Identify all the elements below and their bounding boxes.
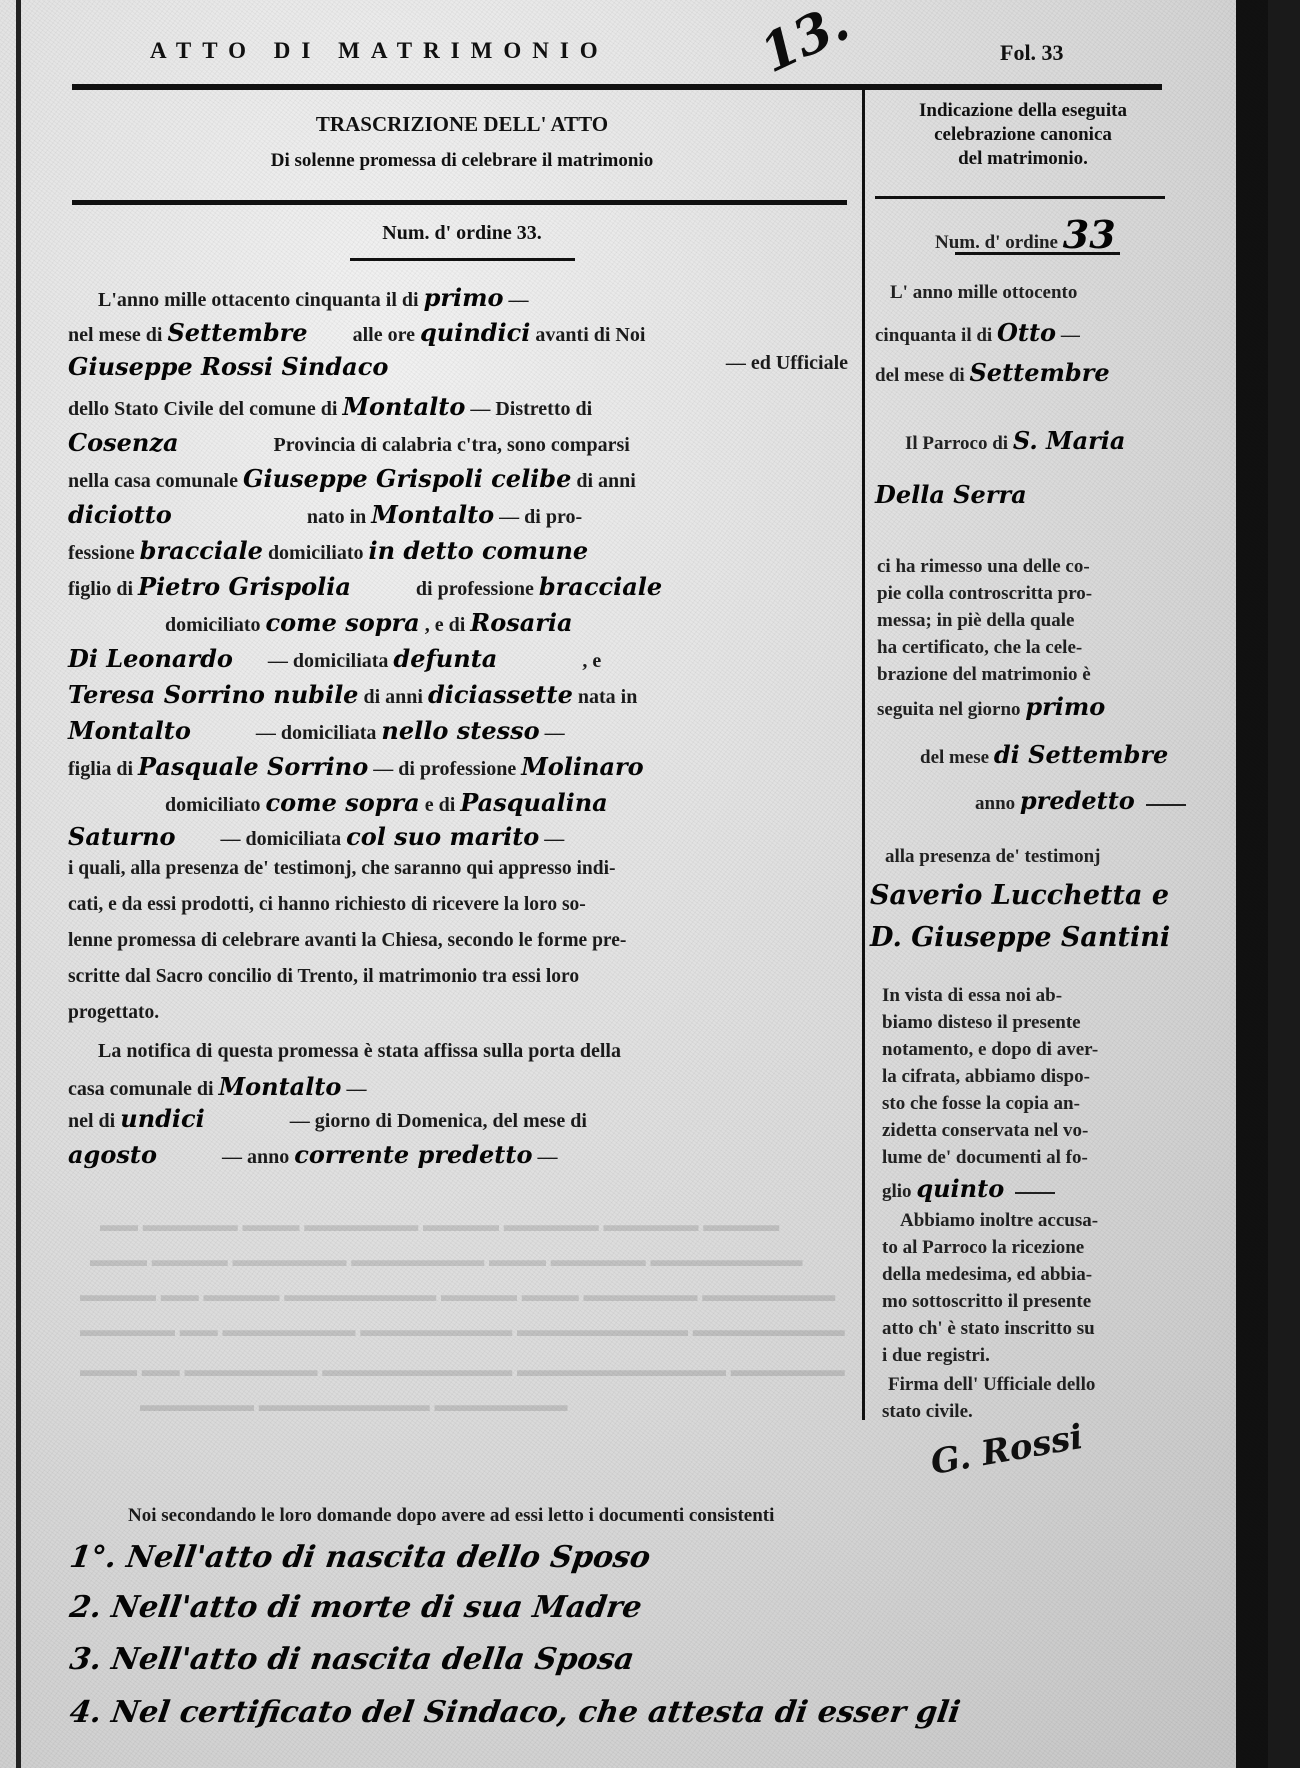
form-line: Teresa Sorrino nubile di anni diciassett… (68, 680, 637, 709)
right-order-number: Num. d' ordine 33 (935, 212, 1116, 257)
right-title-rule (875, 196, 1165, 199)
form-line: diciotto nato in Montalto — di pro- (68, 500, 582, 529)
paragraph-line: scritte dal Sacro concilio di Trento, il… (68, 966, 579, 988)
printed-text: L' anno mille ottocento (890, 282, 1077, 303)
handwritten-mayor-name: Giuseppe Rossi Sindaco (68, 352, 388, 381)
printed-text: — giorno di Domenica, del mese di (290, 1110, 587, 1132)
notice-line: agosto — anno corrente predetto — (68, 1140, 557, 1169)
witness-line: Saverio Lucchetta e (870, 880, 1169, 911)
paragraph-line: lume de' documenti al fo- (882, 1147, 1088, 1169)
handwritten-notice-day: undici (120, 1104, 205, 1133)
handwritten-parish-continued: Della Serra (875, 480, 1027, 509)
printed-text: — di pro- (499, 506, 582, 528)
form-line: domiciliato come sopra e di Pasqualina (165, 788, 608, 817)
handwritten-bride-name: Teresa Sorrino nubile (68, 680, 358, 709)
handwritten-father-residence: come sopra (266, 608, 420, 637)
form-line: dello Stato Civile del comune di Montalt… (68, 392, 592, 421)
paragraph-line: seguita nel giorno primo (877, 692, 1105, 721)
handwritten-rite-month: di Settembre (994, 740, 1168, 769)
notice-line: La notifica di questa promessa è stata a… (98, 1040, 621, 1063)
paragraph-line: notamento, e dopo di aver- (882, 1039, 1098, 1061)
handwritten-groom-profession: bracciale (140, 536, 263, 565)
form-line: L'anno mille ottacento cinquanta il di p… (98, 283, 529, 312)
printed-text: — di professione (373, 758, 516, 780)
form-line: Cosenza Provincia di calabria c'tra, son… (68, 428, 630, 457)
handwritten-bride-residence: nello stesso (381, 716, 539, 745)
handwritten-rite-year: predetto (1020, 786, 1135, 815)
left-order-rule (350, 258, 575, 261)
paragraph-line: mo sottoscritto il presente (882, 1291, 1091, 1313)
paragraph-line: glio quinto (882, 1174, 1061, 1203)
printed-text: avanti di Noi (535, 324, 645, 346)
paragraph-line: la cifrata, abbiamo dispo- (882, 1066, 1090, 1088)
handwritten-notice-comune: Montalto (219, 1072, 342, 1101)
page-shadow-edge (1236, 0, 1268, 1768)
printed-text: figlio di (68, 578, 133, 600)
paragraph-line: messa; in piè della quale (877, 610, 1074, 632)
printed-text: nel mese di (68, 324, 162, 346)
form-line: Giuseppe Rossi Sindaco — ed Ufficiale (68, 352, 848, 381)
right-title-line: Indicazione della eseguita (868, 100, 1178, 122)
handwritten-bride-father-residence: come sopra (266, 788, 420, 817)
handwritten-groom-mother: Rosaria (470, 608, 572, 637)
handwritten-groom-birthplace: Montalto (371, 500, 494, 529)
printed-text: casa comunale di (68, 1078, 214, 1100)
paragraph-line: sto che fosse la copia an- (882, 1093, 1080, 1115)
officer-signature: G. Rossi (928, 1417, 1086, 1483)
printed-text: — domiciliata (221, 828, 342, 850)
left-title-rule (72, 200, 847, 205)
printed-text: cinquanta il di (875, 325, 992, 346)
form-line: Montalto — domiciliata nello stesso — (68, 716, 565, 745)
handwritten-act-number: 13. (751, 0, 857, 85)
handwritten-comune: Montalto (342, 392, 465, 421)
left-order-number: Num. d' ordine 33. (72, 222, 852, 245)
printed-text: , e di (425, 614, 466, 636)
printed-text: del mese (920, 747, 989, 768)
paragraph-line: ci ha rimesso una delle co- (877, 556, 1090, 578)
handwritten-groom-residence: in detto comune (368, 536, 588, 565)
handwritten-bride-father: Pasquale Sorrino (138, 752, 368, 781)
form-line: nella casa comunale Giuseppe Grispoli ce… (68, 464, 636, 493)
form-line: nel mese di Settembre alle ore quindici … (68, 318, 645, 347)
printed-text: di professione (416, 578, 534, 600)
document-item: 4. Nel certificato del Sindaco, che atte… (68, 1695, 963, 1730)
handwritten-order-number: 33 (1063, 212, 1116, 257)
printed-text: domiciliato (165, 794, 261, 816)
right-order-rule (955, 252, 1120, 255)
handwritten-folio: quinto (916, 1174, 1004, 1203)
right-line: Della Serra (875, 480, 1027, 509)
fill-dash (1146, 804, 1186, 806)
handwritten-bride-birthplace: Montalto (68, 716, 191, 745)
witness-line: D. Giuseppe Santini (870, 922, 1170, 953)
paragraph-line: zidetta conservata nel vo- (882, 1120, 1088, 1142)
printed-text: figlia di (68, 758, 133, 780)
right-line: cinquanta il di Otto — (875, 318, 1080, 347)
printed-text: alle ore (353, 324, 415, 346)
handwritten-district: Cosenza (68, 428, 179, 457)
handwritten-bride-mother-residence: col suo marito (346, 822, 539, 851)
printed-text: domiciliato (268, 542, 364, 564)
printed-text: anno (975, 793, 1015, 814)
page-header-title: ATTO DI MATRIMONIO (150, 38, 609, 64)
printed-text: fessione (68, 542, 135, 564)
printed-text: Provincia di calabria c'tra, sono compar… (274, 434, 630, 456)
printed-text: — (545, 722, 565, 744)
printed-text: , e (582, 650, 601, 672)
paragraph-line: brazione del matrimonio è (877, 664, 1091, 686)
paragraph-line: cati, e da essi prodotti, ci hanno richi… (68, 894, 586, 916)
document-item: 3. Nell'atto di nascita della Sposa (68, 1642, 637, 1677)
handwritten-day: primo (424, 283, 504, 312)
fill-dash (1015, 1192, 1055, 1194)
handwritten-celebration-day: Otto (997, 318, 1056, 347)
printed-text: Num. d' ordine (935, 232, 1058, 253)
column-divider (862, 90, 865, 1420)
printed-text: L'anno mille ottacento cinquanta il di (98, 289, 419, 311)
printed-text: — (346, 1078, 366, 1100)
paragraph-line: della medesima, ed abbia- (882, 1264, 1092, 1286)
printed-text: nata in (578, 686, 637, 708)
handwritten-groom-father: Pietro Grispolia (138, 572, 351, 601)
notice-line: nel di undici — giorno di Domenica, del … (68, 1104, 587, 1133)
notice-line: casa comunale di Montalto — (68, 1072, 366, 1101)
page-binding-edge (16, 0, 21, 1768)
signature-label: Firma dell' Ufficiale dello (888, 1374, 1095, 1396)
paragraph-line: atto ch' è stato inscritto su (882, 1318, 1095, 1340)
handwritten-rite-day: primo (1025, 692, 1105, 721)
signature-label: stato civile. (882, 1401, 973, 1423)
handwritten-notice-month: agosto (68, 1140, 157, 1169)
printed-text: del mese di (875, 365, 965, 386)
handwritten-groom-name: Giuseppe Grispoli celibe (243, 464, 571, 493)
handwritten-mother-status: defunta (393, 644, 497, 673)
printed-text: di anni (576, 470, 635, 492)
header-rule (72, 84, 1162, 90)
handwritten-groom-age: diciotto (68, 500, 172, 529)
handwritten-celebration-month: Settembre (969, 358, 1109, 387)
printed-text: dello Stato Civile del comune di (68, 398, 337, 420)
right-line: del mese di Settembre (875, 358, 1110, 387)
form-line: Saturno — domiciliata col suo marito — (68, 822, 564, 851)
handwritten-bride-father-profession: Molinaro (521, 752, 643, 781)
handwritten-bride-mother-surname: Saturno (68, 822, 176, 851)
handwritten-notice-year: corrente predetto (294, 1140, 532, 1169)
printed-text: — (544, 828, 564, 850)
printed-text: Il Parroco di (905, 433, 1008, 454)
printed-text: — (509, 289, 529, 311)
right-line: L' anno mille ottocento (890, 282, 1077, 304)
paragraph-line: pie colla controscritta pro- (877, 583, 1092, 605)
printed-text: domiciliato (165, 614, 261, 636)
witness-label: alla presenza de' testimonj (885, 846, 1101, 868)
printed-text: — domiciliata (256, 722, 377, 744)
printed-text: di anni (363, 686, 422, 708)
printed-text: — ed Ufficiale (726, 352, 848, 375)
handwritten-parish: S. Maria (1013, 426, 1126, 455)
paragraph-line: i quali, alla presenza de' testimonj, ch… (68, 858, 616, 880)
printed-text: — domiciliata (268, 650, 389, 672)
paragraph-line: i due registri. (882, 1345, 990, 1367)
handwritten-mother-surname: Di Leonardo (68, 644, 233, 673)
handwritten-witness-2: D. Giuseppe Santini (870, 922, 1170, 953)
printed-text: e di (425, 794, 456, 816)
printed-text: glio (882, 1181, 912, 1202)
paragraph-line: In vista di essa noi ab- (882, 985, 1062, 1007)
printed-text: — anno (222, 1146, 289, 1168)
printed-text: La notifica di questa promessa è stata a… (98, 1040, 621, 1062)
printed-text: nato in (307, 506, 366, 528)
handwritten-witness-1: Saverio Lucchetta e (870, 880, 1169, 911)
handwritten-bride-age: diciassette (428, 680, 573, 709)
document-item: 1°. Nell'atto di nascita dello Sposo (68, 1540, 653, 1575)
paragraph-line: progettato. (68, 1002, 159, 1024)
printed-text: seguita nel giorno (877, 699, 1021, 720)
documents-intro: Noi secondando le loro domande dopo aver… (128, 1505, 774, 1527)
left-column-subtitle: Di solenne promessa di celebrare il matr… (72, 150, 852, 172)
right-line: Il Parroco di S. Maria (905, 426, 1125, 455)
handwritten-bride-mother: Pasqualina (460, 788, 607, 817)
printed-text: — Distretto di (470, 398, 592, 420)
printed-text: nella casa comunale (68, 470, 238, 492)
paragraph-line: to al Parroco la ricezione (882, 1237, 1084, 1259)
handwritten-month: Settembre (167, 318, 307, 347)
form-line: figlia di Pasquale Sorrino — di professi… (68, 752, 644, 781)
form-line: figlio di Pietro Grispolia di profession… (68, 572, 662, 601)
paragraph-line: lenne promessa di celebrare avanti la Ch… (68, 930, 626, 952)
right-line: anno predetto (975, 786, 1192, 815)
document-item: 2. Nell'atto di morte di sua Madre (68, 1590, 644, 1625)
left-column-title: TRASCRIZIONE DELL' ATTO (72, 112, 852, 137)
paragraph-line: Abbiamo inoltre accusa- (900, 1210, 1098, 1232)
folio-number: Fol. 33 (1000, 40, 1064, 66)
handwritten-hour: quindici (420, 318, 530, 347)
register-page: ATTO DI MATRIMONIO 13. Fol. 33 TRASCRIZI… (0, 0, 1268, 1768)
right-line: del mese di Settembre (920, 740, 1168, 769)
form-line: domiciliato come sopra , e di Rosaria (165, 608, 573, 637)
form-line: Di Leonardo — domiciliata defunta , e (68, 644, 601, 673)
handwritten-father-profession: bracciale (539, 572, 662, 601)
printed-text: nel di (68, 1110, 115, 1132)
right-title-line: del matrimonio. (868, 148, 1178, 170)
printed-text: — (537, 1146, 557, 1168)
form-line: fessione bracciale domiciliato in detto … (68, 536, 588, 565)
printed-text: — (1061, 325, 1080, 346)
right-title-line: celebrazione canonica (868, 124, 1178, 146)
paragraph-line: ha certificato, che la cele- (877, 637, 1082, 659)
paragraph-line: biamo disteso il presente (882, 1012, 1081, 1034)
